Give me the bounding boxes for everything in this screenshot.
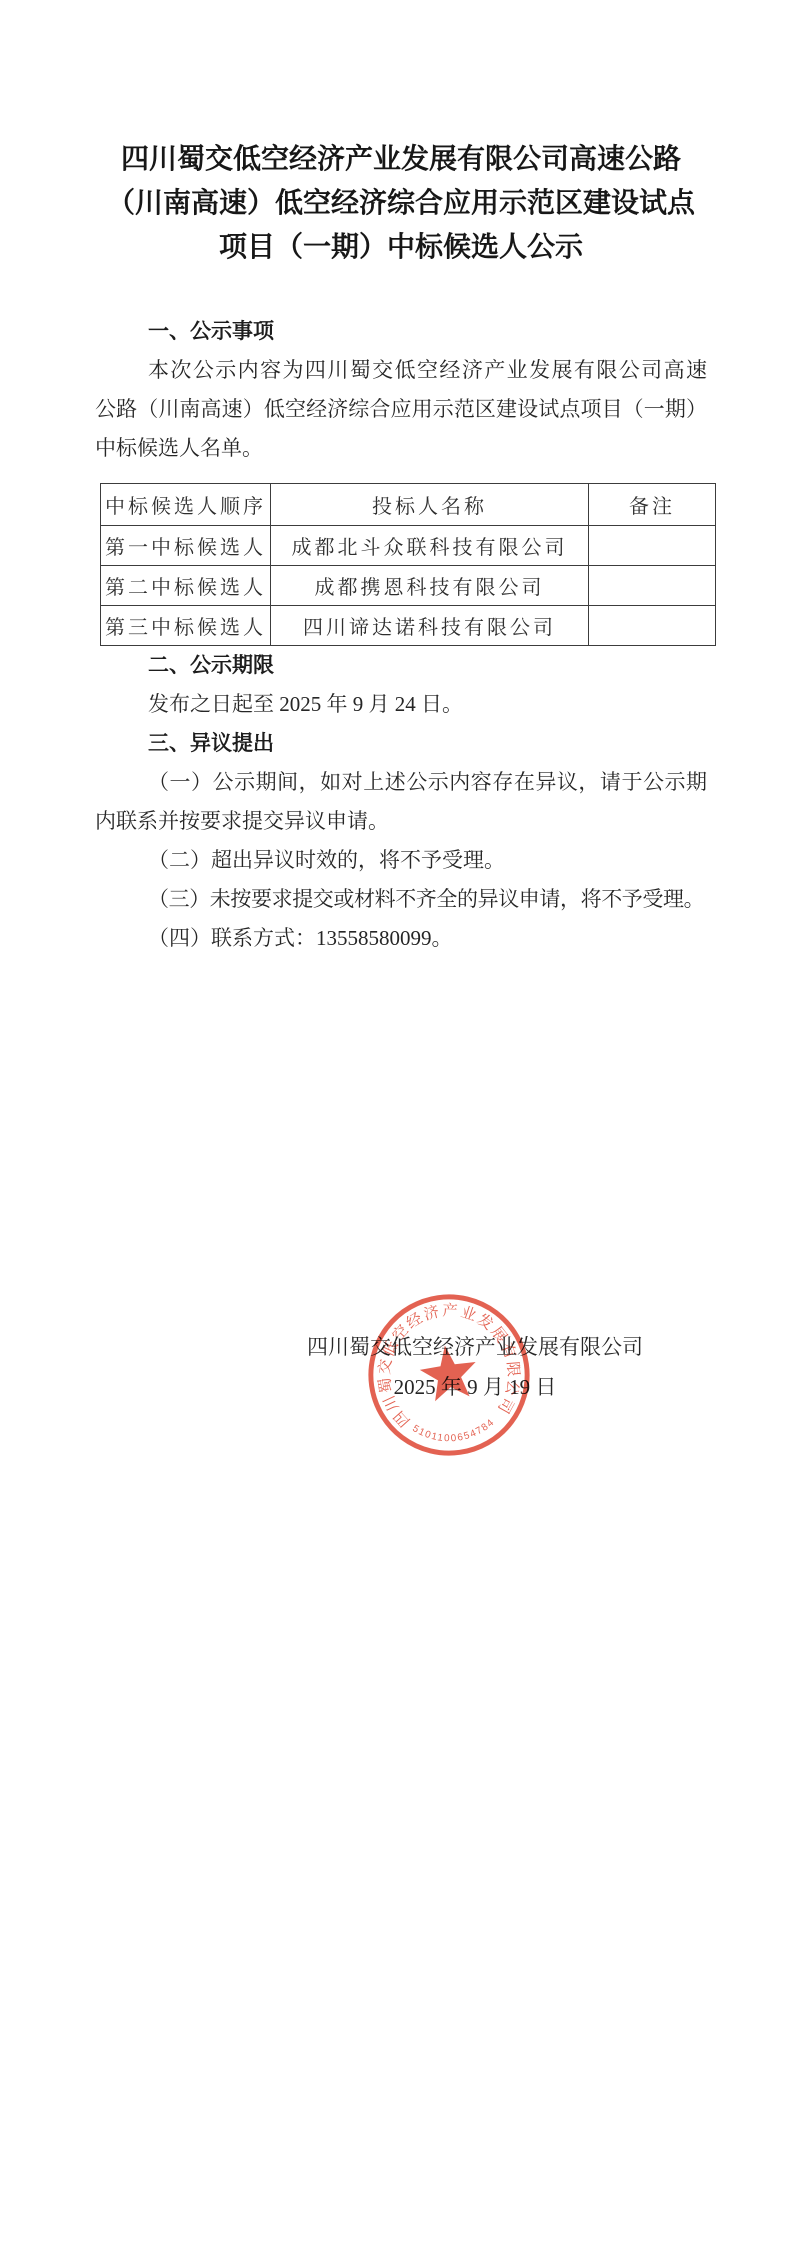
document-content: 四川蜀交低空经济产业发展有限公司高速公路 （川南高速）低空经济综合应用示范区建设…	[0, 0, 794, 958]
notice-title-line-2: （川南高速）低空经济综合应用示范区建设试点	[95, 182, 707, 226]
notice-document-page: 四川蜀交低空经济产业发展有限公司高速公路 （川南高速）低空经济综合应用示范区建设…	[0, 0, 794, 2244]
table-header-order: 中标候选人顺序	[101, 484, 271, 526]
table-row: 第三中标候选人 四川谛达诺科技有限公司	[101, 606, 716, 646]
table-header-row: 中标候选人顺序 投标人名称 备注	[101, 484, 716, 526]
section-2-and-3: 二、公示期限 发布之日起至 2025 年 9 月 24 日。 三、异议提出 （一…	[95, 646, 707, 958]
section-2-heading: 二、公示期限	[95, 646, 707, 685]
section-1: 一、公示事项 本次公示内容为四川蜀交低空经济产业发展有限公司高速 公路（川南高速…	[95, 312, 707, 468]
table-header-bidder: 投标人名称	[271, 484, 589, 526]
signature-company: 四川蜀交低空经济产业发展有限公司	[300, 1327, 650, 1367]
note-cell	[589, 566, 716, 606]
candidate-order-cell: 第一中标候选人	[101, 526, 271, 566]
table-row: 第二中标候选人 成都携恩科技有限公司	[101, 566, 716, 606]
table-header-note: 备注	[589, 484, 716, 526]
signature-block: 四川蜀交低空经济产业发展有限公司 2025 年 9 月 19 日	[300, 1327, 650, 1407]
bid-candidates-table: 中标候选人顺序 投标人名称 备注 第一中标候选人 成都北斗众联科技有限公司 第二…	[100, 483, 716, 646]
bidder-name-cell: 成都携恩科技有限公司	[271, 566, 589, 606]
candidate-order-cell: 第二中标候选人	[101, 566, 271, 606]
signature-date: 2025 年 9 月 19 日	[300, 1367, 650, 1407]
note-cell	[589, 526, 716, 566]
notice-title: 四川蜀交低空经济产业发展有限公司高速公路 （川南高速）低空经济综合应用示范区建设…	[95, 138, 707, 270]
bidder-name-cell: 成都北斗众联科技有限公司	[271, 526, 589, 566]
candidate-order-cell: 第三中标候选人	[101, 606, 271, 646]
note-cell	[589, 606, 716, 646]
objection-item-1-line-1: （一）公示期间，如对上述公示内容存在异议，请于公示期	[95, 763, 707, 802]
section-1-paragraph-line: 本次公示内容为四川蜀交低空经济产业发展有限公司高速	[95, 351, 707, 390]
publicity-period-text: 发布之日起至 2025 年 9 月 24 日。	[95, 685, 707, 724]
notice-title-line-1: 四川蜀交低空经济产业发展有限公司高速公路	[95, 138, 707, 182]
section-1-heading: 一、公示事项	[95, 312, 707, 351]
objection-item-4-contact: （四）联系方式：13558580099。	[95, 919, 707, 958]
section-1-paragraph-line: 公路（川南高速）低空经济综合应用示范区建设试点项目（一期）	[95, 390, 707, 429]
table-row: 第一中标候选人 成都北斗众联科技有限公司	[101, 526, 716, 566]
section-1-paragraph-line: 中标候选人名单。	[95, 429, 707, 468]
bidder-name-cell: 四川谛达诺科技有限公司	[271, 606, 589, 646]
objection-item-3: （三）未按要求提交或材料不齐全的异议申请，将不予受理。	[95, 880, 707, 919]
svg-text:5101100654784: 5101100654784	[409, 1412, 499, 1450]
notice-title-line-3: 项目（一期）中标候选人公示	[95, 226, 707, 270]
objection-item-1-line-2: 内联系并按要求提交异议申请。	[95, 802, 707, 841]
section-3-heading: 三、异议提出	[95, 724, 707, 763]
stamp-serial-number: 5101100654784	[409, 1412, 499, 1450]
objection-item-2: （二）超出异议时效的，将不予受理。	[95, 841, 707, 880]
